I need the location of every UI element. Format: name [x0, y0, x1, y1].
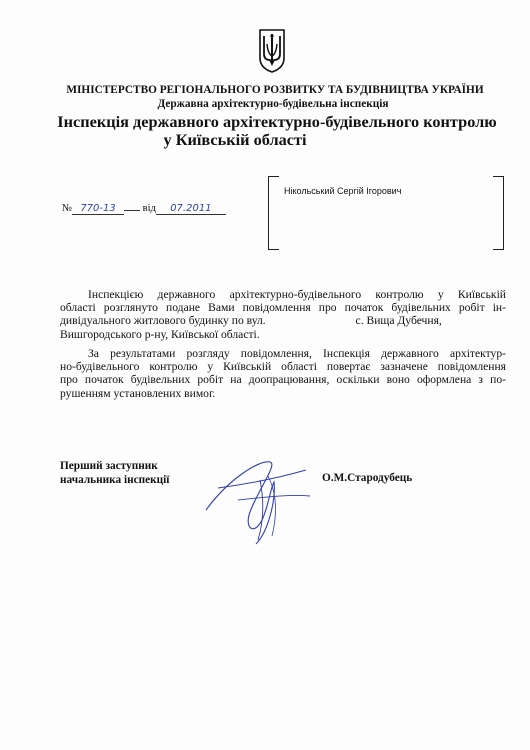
registration-number-line: №770-13 від07.2011: [62, 203, 226, 215]
paragraph-2: За результатами розгляду повідомлення, І…: [60, 347, 506, 400]
paragraph-1: Інспекцією державного архітектурно-будів…: [60, 288, 506, 341]
agency-heading: Державна архітектурно-будівельна інспекц…: [8, 98, 530, 110]
addressee-name: Нікольський Сергій Ігорович: [284, 186, 401, 196]
signer-position: Перший заступник начальника інспекції: [60, 459, 169, 487]
signer-position-line2: начальника інспекції: [60, 473, 169, 487]
paragraph-line: про початок будівельних робіт на доопрац…: [60, 373, 506, 386]
signer-position-line1: Перший заступник: [60, 459, 169, 473]
blank-underline: [124, 210, 140, 211]
bracket-corner: [268, 239, 279, 250]
bracket-corner: [493, 239, 504, 250]
paragraph-line: дивідуального житлового будинку по вул. …: [60, 314, 506, 327]
number-label: №: [62, 203, 72, 214]
bracket-corner: [493, 176, 504, 187]
date-label: від: [143, 203, 156, 214]
ministry-heading: МІНІСТЕРСТВО РЕГІОНАЛЬНОГО РОЗВИТКУ ТА Б…: [10, 84, 530, 96]
paragraph-line: рушенням установлених вимог.: [60, 387, 506, 400]
inspection-heading-line2: у Київській області: [0, 130, 500, 150]
registration-number: 770-13: [72, 203, 124, 215]
signer-name: О.М.Стародубець: [322, 472, 412, 484]
paragraph-line: За результатами розгляду повідомлення, І…: [60, 347, 506, 360]
paragraph-line: Вишгородського р-ну, Київської області.: [60, 328, 506, 341]
paragraph-line: Інспекцією державного архітектурно-будів…: [60, 288, 506, 301]
trident-coat-of-arms-icon: [258, 28, 286, 74]
bracket-corner: [268, 176, 279, 187]
addressee-box: Нікольський Сергій Ігорович: [268, 176, 504, 250]
inspection-heading-line1: Інспекція державного архітектурно-будіве…: [12, 112, 530, 132]
registration-date: 07.2011: [156, 203, 226, 215]
paragraph-line: но-будівельного контролю у Київській обл…: [60, 360, 506, 373]
letter-page: МІНІСТЕРСТВО РЕГІОНАЛЬНОГО РОЗВИТКУ ТА Б…: [0, 0, 530, 750]
paragraph-line: області розглянуто подане Вами повідомле…: [60, 301, 506, 314]
handwritten-signature: [198, 440, 313, 550]
